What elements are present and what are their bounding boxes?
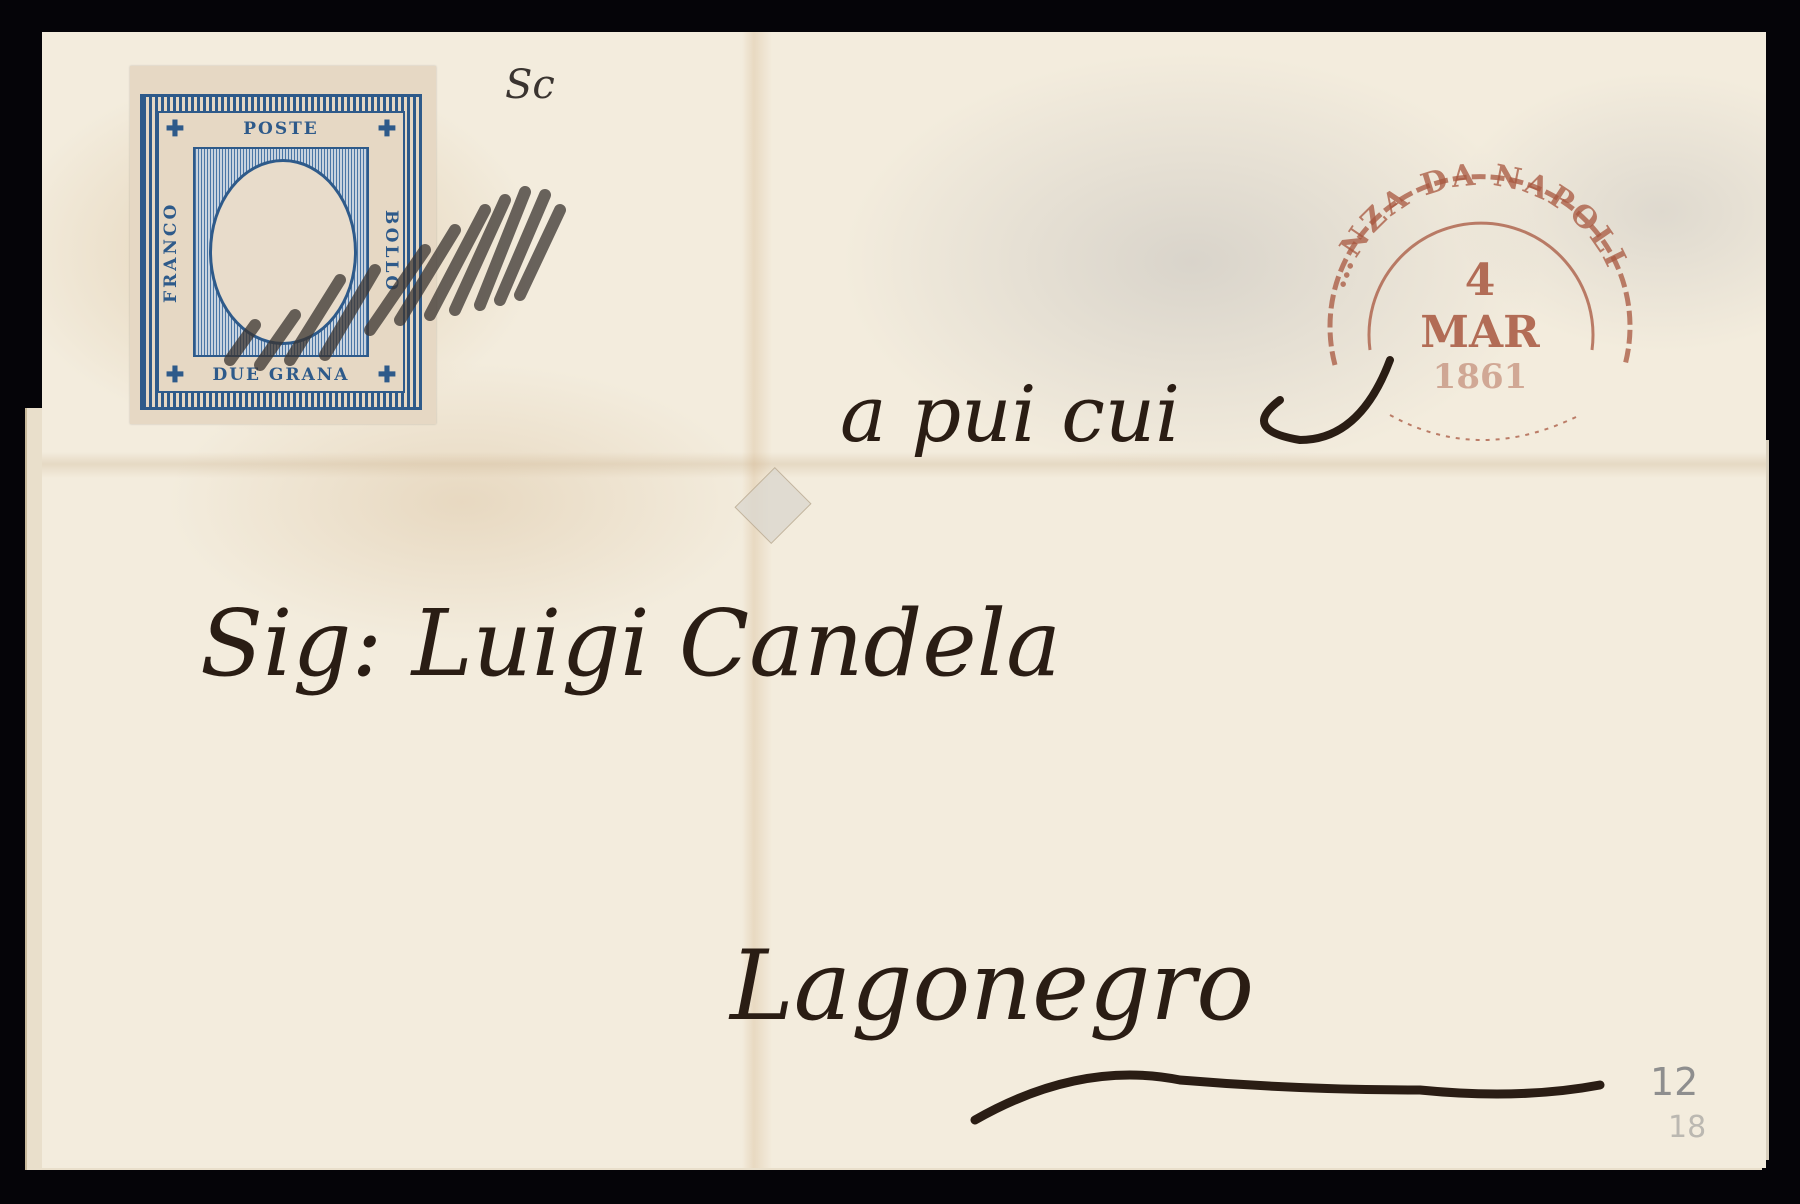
cross-of-savoy-icon: ✚ xyxy=(161,115,189,143)
fold-tear xyxy=(734,467,811,544)
postmark: …NZA DA NAPOLI 4 MAR 1861 xyxy=(1300,135,1660,495)
pencil-note-bottom: 18 xyxy=(1668,1110,1706,1145)
postmark-year: 1861 xyxy=(1300,357,1660,397)
stamp-left-label: FRANCO xyxy=(161,147,189,357)
address-line-1: a pui cui xyxy=(840,370,1180,460)
pencil-note-top: 12 xyxy=(1650,1060,1698,1104)
docket-mark: Sc xyxy=(505,62,555,108)
cancellation-mark xyxy=(200,130,600,390)
address-line-2: Sig: Luigi Candela xyxy=(200,590,1061,697)
postmark-month: MAR xyxy=(1300,307,1660,358)
postmark-day: 4 xyxy=(1300,255,1660,306)
address-line-3: Lagonegro xyxy=(730,930,1254,1042)
cross-of-savoy-icon: ✚ xyxy=(161,361,189,389)
